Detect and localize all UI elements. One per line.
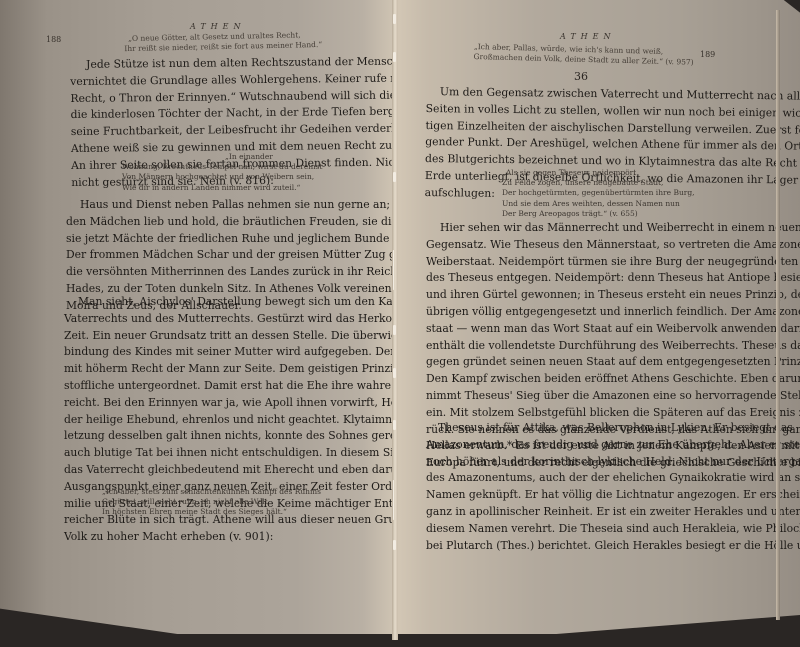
text-line: und ihren Gürtel gewonnen; in Theseus er… bbox=[426, 287, 718, 304]
binding-stitch bbox=[393, 420, 396, 430]
binding-thread bbox=[393, 480, 394, 520]
text-line: ganz in apollinischer Reinheit. Er ist e… bbox=[426, 504, 720, 521]
left-quote-1: „In einanderWohnung, Erechtheus Tempel n… bbox=[122, 152, 322, 193]
section-number: 36 bbox=[574, 70, 588, 83]
text-line: Man sieht, Aischylos' Darstellung bewegt… bbox=[64, 294, 368, 311]
quote-line: „Als sie gegen Theseus neidempört bbox=[502, 168, 695, 178]
text-line: Zeit. Ein neuer Grundsatz tritt an desse… bbox=[64, 328, 368, 345]
right-page-number: 189 bbox=[700, 50, 715, 59]
text-line: diesem Namen verehrt. Die Theseia sind a… bbox=[426, 521, 720, 538]
text-line: staat — wenn man das Wort Staat auf ein … bbox=[426, 321, 718, 338]
quote-line: Wohnung, Erechtheus Tempel nah, wirst du… bbox=[122, 162, 322, 172]
quote-line: Wie dir in andern Landen nimmer wird zut… bbox=[122, 183, 322, 193]
text-line: Vaterrechts und des Mutterrechts. Gestür… bbox=[64, 311, 368, 328]
binding-stitch bbox=[393, 52, 396, 62]
binding-stitch bbox=[393, 325, 396, 335]
right-paragraph-3: Theseus ist für Attika, was Bellerophon … bbox=[426, 420, 720, 554]
text-line: das Vaterrecht gleichbedeutend mit Ehere… bbox=[64, 462, 368, 479]
text-line: nimmt Theseus' Sieg über die Amazonen ei… bbox=[426, 388, 718, 405]
text-line: Der frommen Mädchen Schar und der greise… bbox=[66, 247, 368, 264]
binding-stitch bbox=[393, 540, 396, 550]
quote-line: Der Berg Areopagos trägt.“ (v. 655) bbox=[502, 209, 695, 219]
text-line: Namen geknüpft. Er hat völlig die Lichtn… bbox=[426, 487, 720, 504]
text-line: der heilige Ehebund, ehrenlos und nicht … bbox=[64, 412, 368, 429]
text-line: Amazonentum, das freudig und gerne zur E… bbox=[426, 437, 720, 454]
left-motto: „O neue Götter, alt Gesetz und uraltes R… bbox=[128, 30, 322, 54]
text-line: reicht. Bei den Erinnyen war ja, wie Apo… bbox=[64, 395, 368, 412]
text-line: Weiberstaat. Neidempört türmen sie ihre … bbox=[426, 254, 718, 271]
left-running-head: ATHEN bbox=[190, 22, 246, 31]
left-quote-2: „Ich aber, stets zum schlachtenkühnen Ka… bbox=[102, 487, 321, 518]
text-line: Haus und Dienst neben Pallas nehmen sie … bbox=[66, 197, 368, 214]
text-line: des Theseus entgegen. Neidempört: denn T… bbox=[426, 270, 718, 287]
text-line: Gegensatz. Wie Theseus den Männerstaat, … bbox=[426, 237, 718, 254]
right-quote-1: „Als sie gegen Theseus neidempörtZu Feld… bbox=[502, 168, 695, 219]
open-book-photo: ATHEN 188 „O neue Götter, alt Gesetz und… bbox=[0, 0, 800, 647]
text-line: den Mädchen lieb und hold, die bräutlich… bbox=[66, 214, 368, 231]
right-running-head: ATHEN bbox=[560, 32, 616, 41]
text-line: des Amazonentums, auch der der ehelichen… bbox=[426, 470, 720, 487]
text-line: Volk zu hoher Macht erheben (v. 901): bbox=[64, 529, 368, 546]
text-line: übrigen völlig entgegengesetzt und inner… bbox=[426, 304, 718, 321]
left-page: ATHEN 188 „O neue Götter, alt Gesetz und… bbox=[0, 0, 394, 634]
quote-line: „In einander bbox=[122, 152, 322, 162]
right-motto: „Ich aber, Pallas, würde, wie ich's kann… bbox=[473, 42, 694, 68]
text-line: stoffliche untergeordnet. Damit erst hat… bbox=[64, 378, 368, 395]
text-line: enthält die vollendetste Durchführung de… bbox=[426, 338, 718, 355]
text-line: bindung des Kindes mit seiner Mutter wir… bbox=[64, 344, 368, 361]
quote-line: In höchsten Ehren meine Stadt des Sieges… bbox=[102, 507, 321, 517]
text-line: die versöhnten Mitherrinnen des Landes z… bbox=[66, 264, 368, 281]
quote-line: Zu Felde zogen, unsere neugebaute Stadt, bbox=[502, 178, 695, 188]
page-block-edge bbox=[776, 10, 780, 620]
text-line: gegen gründet seinen neuen Staat auf dem… bbox=[426, 354, 718, 371]
binding-stitch bbox=[393, 14, 396, 24]
text-line: sie jetzt Mächte der friedlichen Ruhe un… bbox=[66, 231, 368, 248]
text-line: Hier sehen wir das Männerrecht und Weibe… bbox=[426, 220, 718, 237]
text-line: mit höherm Recht der Mann zur Seite. Dem… bbox=[64, 361, 368, 378]
text-line: Den Kampf zwischen beiden eröffnet Athen… bbox=[426, 371, 718, 388]
binding-stitch bbox=[393, 172, 396, 182]
text-line: Theseus ist für Attika, was Bellerophon … bbox=[426, 420, 720, 437]
quote-line: Gegürtet, will nicht ruhn, eh nicht alle… bbox=[102, 497, 321, 507]
text-line: noch höher als der korinthisch-lykische … bbox=[426, 454, 720, 471]
text-line: bei Plutarch (Thes.) berichtet. Gleich H… bbox=[426, 538, 720, 555]
binding-thread bbox=[393, 250, 394, 290]
quote-line: Der hochgetürmten, gegenübertürmten ihre… bbox=[502, 188, 695, 198]
left-page-number: 188 bbox=[46, 35, 61, 44]
binding-stitch bbox=[393, 368, 396, 378]
text-line: auch blutige Tat bei ihnen nicht entschu… bbox=[64, 445, 368, 462]
text-line: letzung desselben galt ihnen nichts, kon… bbox=[64, 428, 368, 445]
quote-line: Und sie dem Ares weihten, dessen Namen n… bbox=[502, 199, 695, 209]
right-page: ATHEN 189 „Ich aber, Pallas, würde, wie … bbox=[394, 0, 800, 634]
quote-line: „Ich aber, stets zum schlachtenkühnen Ka… bbox=[102, 487, 321, 497]
quote-line: Von Männern hochgeachtet und von Weibern… bbox=[122, 172, 322, 182]
